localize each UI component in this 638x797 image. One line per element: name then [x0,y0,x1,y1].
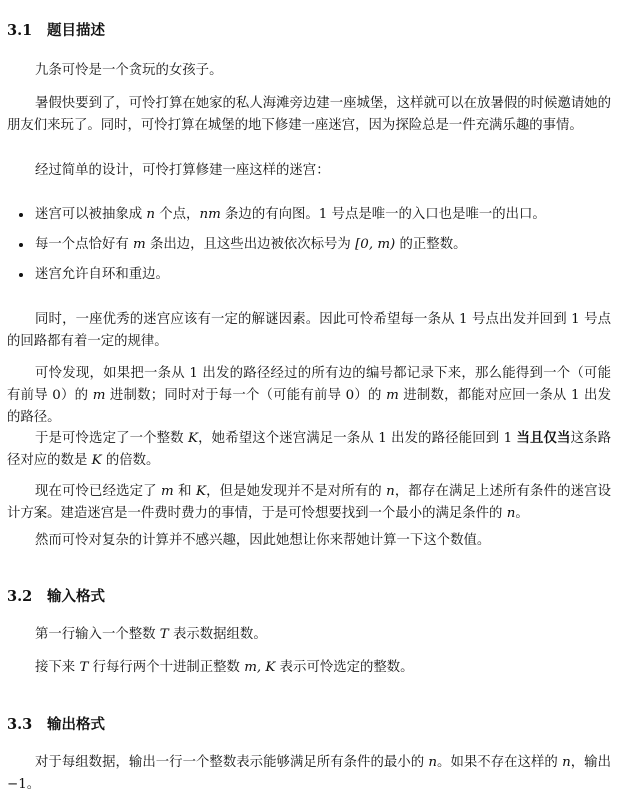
bullet-dot-icon [19,213,23,217]
section-heading-description: 3.1题目描述 [7,19,105,40]
output-paragraph-1: 对于每组数据，输出一行一个整数表示能够满足所有条件的最小的 n。如果不存在这样的… [7,752,611,796]
problem-page: 3.1题目描述 九条可怜是一个贪玩的女孩子。 暑假快要到了，可怜打算在她家的私人… [0,0,638,797]
desc-paragraph-1: 九条可怜是一个贪玩的女孩子。 [7,60,611,82]
bullet-dot-icon [19,273,23,277]
desc-paragraph-2: 暑假快要到了，可怜打算在她家的私人海滩旁边建一座城堡，这样就可以在放暑假的时候邀… [7,93,611,137]
section-heading-input: 3.2输入格式 [7,585,105,606]
bullet-dot-icon [19,243,23,247]
desc-paragraph-3: 经过简单的设计，可怜打算修建一座这样的迷宫： [7,160,611,182]
desc-paragraph-8: 然而可怜对复杂的计算并不感兴趣，因此她想让你来帮她计算一下这个数值。 [7,530,611,552]
desc-paragraph-4: 同时，一座优秀的迷宫应该有一定的解谜因素。因此可怜希望每一条从 1 号点出发并回… [7,309,611,353]
desc-paragraph-6: 于是可怜选定了一个整数 K，她希望这个迷宫满足一条从 1 出发的路径能回到 1 … [7,428,611,472]
desc-paragraph-5: 可怜发现，如果把一条从 1 出发的路径经过的所有边的编号都记录下来，那么能得到一… [7,363,611,429]
desc-paragraph-7: 现在可怜已经选定了 m 和 K，但是她发现并不是对所有的 n，都存在满足上述所有… [7,481,611,525]
input-paragraph-1: 第一行输入一个整数 T 表示数据组数。 [7,624,611,646]
input-paragraph-2: 接下来 T 行每行两个十进制正整数 m, K 表示可怜选定的整数。 [7,657,611,679]
section-heading-output: 3.3输出格式 [7,713,105,734]
